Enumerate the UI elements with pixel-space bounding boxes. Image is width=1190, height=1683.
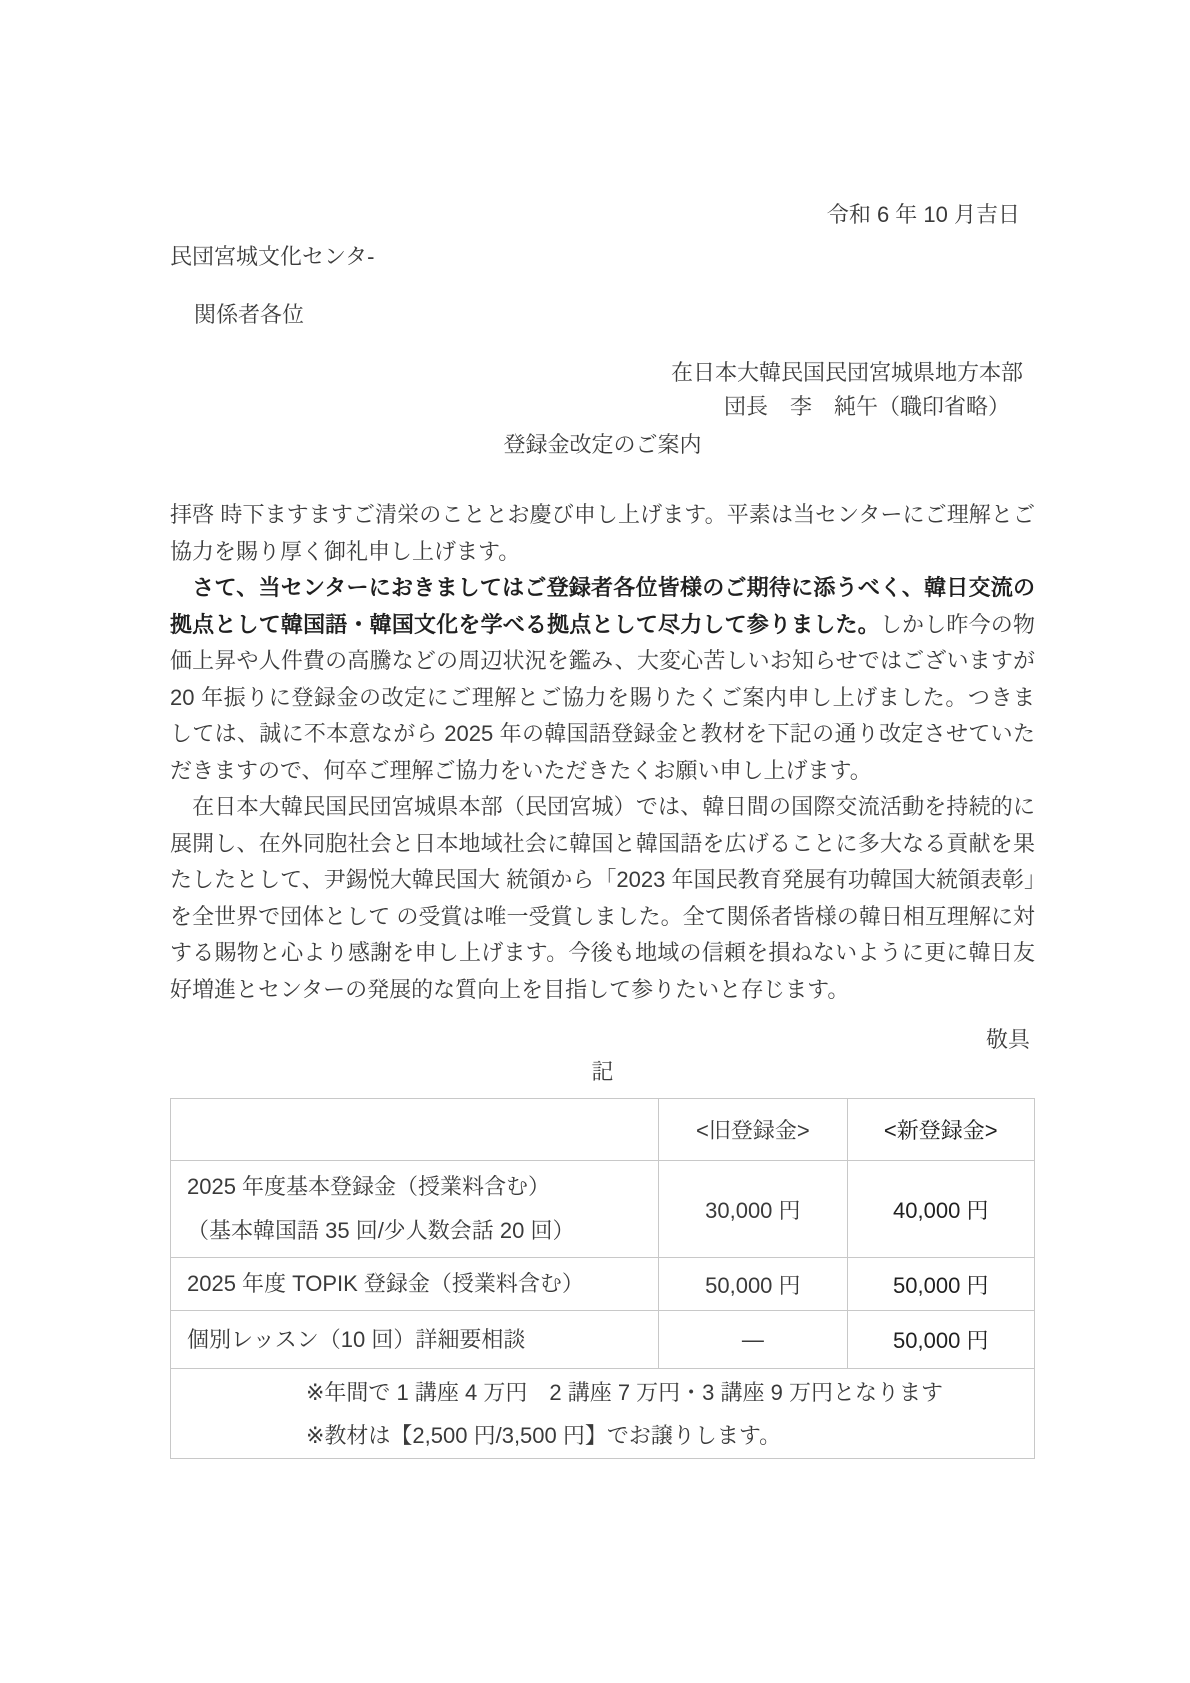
- letter-body: 拝啓 時下ますますご清栄のこととお慶び申し上げます。平素は当センターにご理解とご…: [170, 497, 1035, 1008]
- header-empty-cell: [171, 1099, 659, 1161]
- body-paragraph-greeting: 拝啓 時下ますますご清栄のこととお慶び申し上げます。平素は当センターにご理解とご…: [170, 497, 1035, 570]
- fee-table-notes: ※年間で 1 講座 4 万円 2 講座 7 万円・3 講座 9 万円となります …: [171, 1369, 1035, 1459]
- subject-title: 登録金改定のご案内: [170, 430, 1035, 460]
- fee-row-basic: 2025 年度基本登録金（授業料含む） （基本韓国語 35 回/少人数会話 20…: [171, 1161, 1035, 1258]
- letter-page: 令和 6 年 10 月吉日 民団宮城文化センタ- 関係者各位 在日本大韓民国民団…: [0, 0, 1190, 1683]
- closing-keigu: 敬具: [170, 1025, 1035, 1055]
- paragraph-text: しかし昨今の物価上昇や人件費の高騰などの周辺状況を鑑み、大変心苦しいお知らせでは…: [170, 612, 1035, 783]
- fee-label-topik: 2025 年度 TOPIK 登録金（授業料含む）: [171, 1258, 659, 1311]
- fee-label-subline: （基本韓国語 35 回/少人数会話 20 回）: [187, 1209, 658, 1253]
- sender-organization: 在日本大韓民国民団宮城県地方本部: [170, 358, 1035, 388]
- fee-table-notes-row: ※年間で 1 講座 4 万円 2 講座 7 万円・3 講座 9 万円となります …: [171, 1369, 1035, 1459]
- new-fee-basic: 40,000 円: [847, 1161, 1035, 1258]
- sender-name-title: 団長 李 純午（職印省略）: [170, 392, 1035, 422]
- body-paragraph-revision: さて、当センターにおきましてはご登録者各位皆様のご期待に添うべく、韓日交流の拠点…: [170, 570, 1035, 789]
- salutation-kankeisha: 関係者各位: [170, 300, 1035, 330]
- fee-table-header-row: <旧登録金> <新登録金>: [171, 1099, 1035, 1161]
- notation-ki: 記: [170, 1057, 1035, 1087]
- paragraph-text: 在日本大韓民国民団宮城県本部（民団宮城）では、韓日間の国際交流活動を持続的に展開…: [170, 794, 1035, 1002]
- fee-label-basic: 2025 年度基本登録金（授業料含む） （基本韓国語 35 回/少人数会話 20…: [171, 1161, 659, 1258]
- note-line-textbook: ※教材は【2,500 円/3,500 円】でお譲りします。: [306, 1414, 1034, 1457]
- old-fee-topik: 50,000 円: [659, 1258, 847, 1311]
- fee-label-line: 2025 年度基本登録金（授業料含む）: [187, 1165, 658, 1209]
- fee-row-private-lesson: 個別レッスン（10 回）詳細要相談 ― 50,000 円: [171, 1311, 1035, 1369]
- paragraph-text: 拝啓 時下ますますご清栄のこととお慶び申し上げます。平素は当センターにご理解とご…: [170, 502, 1035, 564]
- addressee-name: 民団宮城文化センタ-: [170, 242, 1035, 272]
- body-paragraph-award: 在日本大韓民国民団宮城県本部（民団宮城）では、韓日間の国際交流活動を持続的に展開…: [170, 789, 1035, 1008]
- note-line-annual: ※年間で 1 講座 4 万円 2 講座 7 万円・3 講座 9 万円となります: [306, 1371, 1034, 1414]
- header-old-fee: <旧登録金>: [659, 1099, 847, 1161]
- old-fee-basic: 30,000 円: [659, 1161, 847, 1258]
- new-fee-topik: 50,000 円: [847, 1258, 1035, 1311]
- fee-label-private-lesson: 個別レッスン（10 回）詳細要相談: [171, 1311, 659, 1369]
- new-fee-private-lesson: 50,000 円: [847, 1311, 1035, 1369]
- fee-row-topik: 2025 年度 TOPIK 登録金（授業料含む） 50,000 円 50,000…: [171, 1258, 1035, 1311]
- header-new-fee: <新登録金>: [847, 1099, 1035, 1161]
- old-fee-private-lesson: ―: [659, 1311, 847, 1369]
- letter-date: 令和 6 年 10 月吉日: [170, 200, 1035, 230]
- fee-table: <旧登録金> <新登録金> 2025 年度基本登録金（授業料含む） （基本韓国語…: [170, 1098, 1035, 1459]
- letter-content: 令和 6 年 10 月吉日 民団宮城文化センタ- 関係者各位 在日本大韓民国民団…: [170, 0, 1035, 1459]
